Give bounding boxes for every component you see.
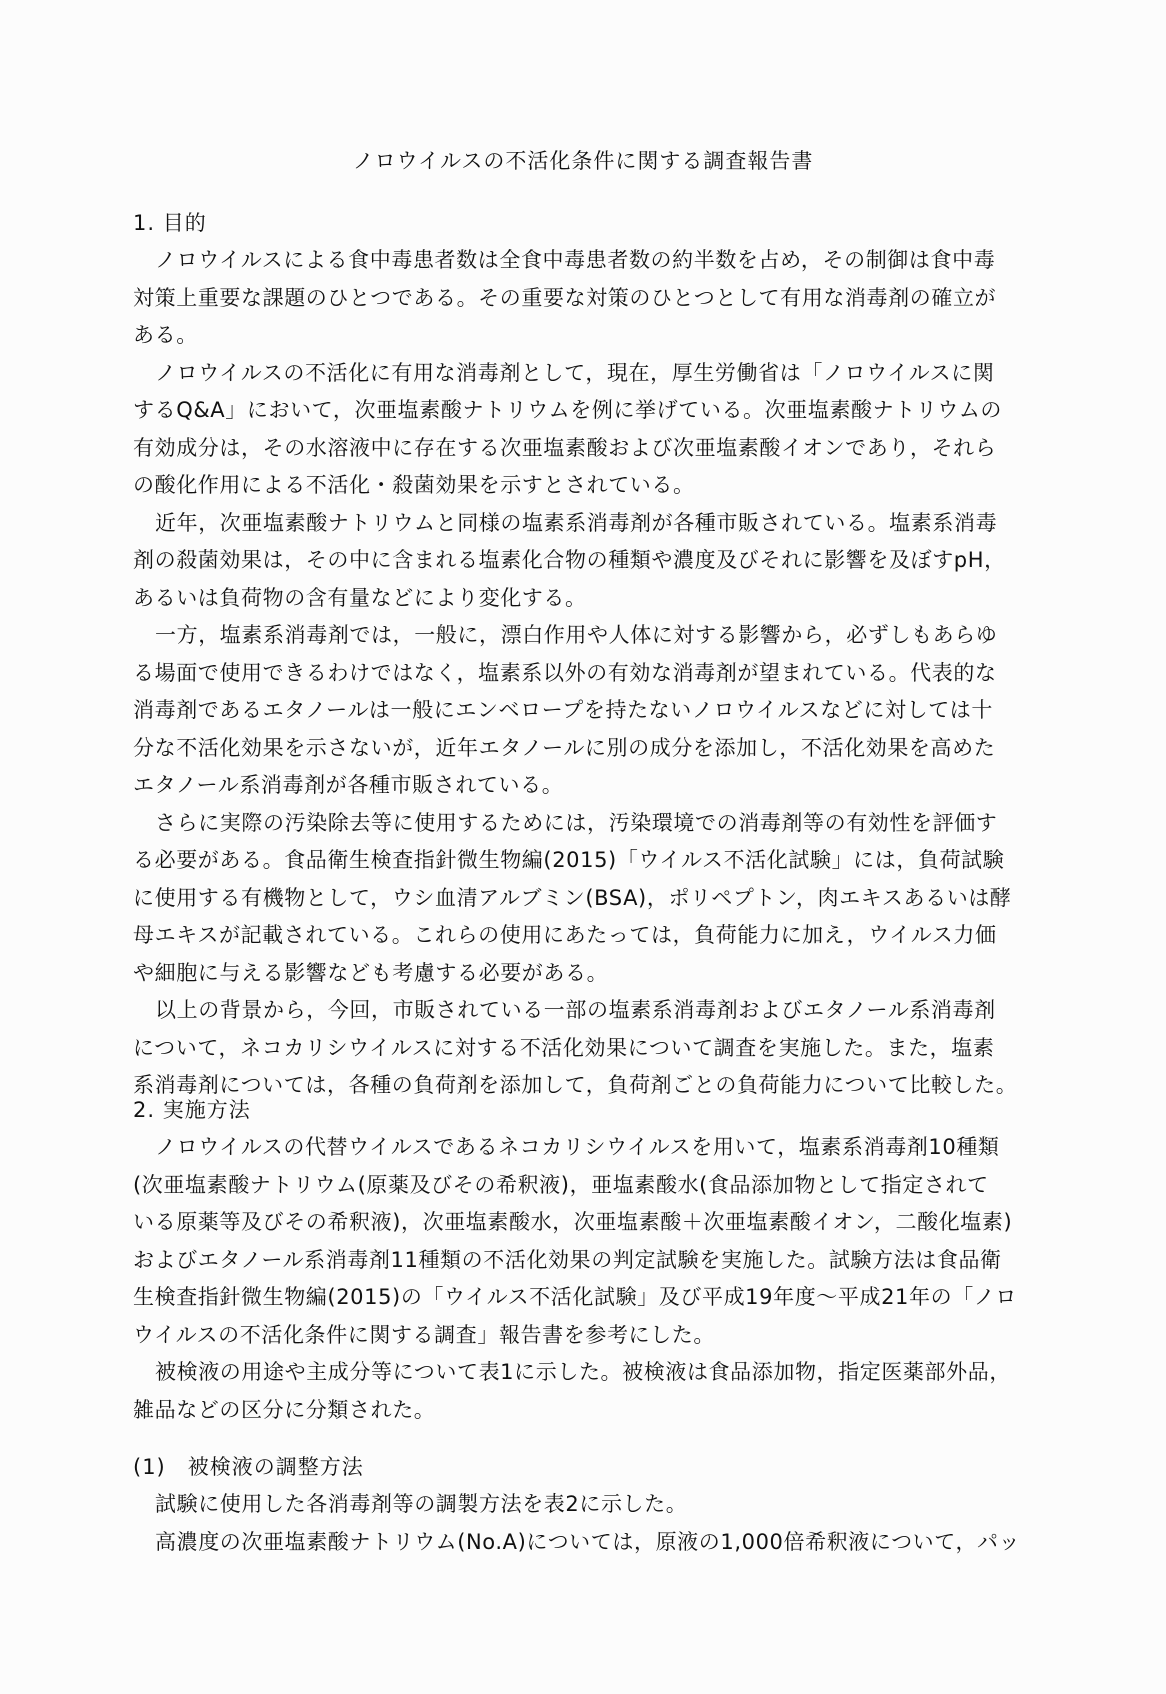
section-heading-purpose: 1. 目的 [133, 208, 1029, 238]
paragraph-line: ノロウイルスの代替ウイルスであるネコカリシウイルスを用いて，塩素系消毒剤10種類 [133, 1132, 1051, 1162]
paragraph-line: 以上の背景から，今回，市販されている一部の塩素系消毒剤およびエタノール系消毒剤 [133, 995, 1051, 1025]
subsection-heading-preparation: (1) 被検液の調整方法 [133, 1452, 1029, 1482]
paragraph-line: や細胞に与える影響なども考慮する必要がある。 [133, 958, 1029, 988]
paragraph-line: ある。 [133, 320, 1029, 350]
paragraph-line: 被検液の用途や主成分等について表1に示した。被検液は食品添加物，指定医薬部外品， [133, 1357, 1051, 1387]
paragraph-line: いる原薬等及びその希釈液)，次亜塩素酸水，次亜塩素酸＋次亜塩素酸イオン，二酸化塩… [133, 1207, 1029, 1237]
paragraph-line: 雑品などの区分に分類された。 [133, 1395, 1029, 1425]
paragraph-line: に使用する有機物として，ウシ血清アルブミン(BSA)，ポリペプトン，肉エキスある… [133, 883, 1029, 913]
paragraph-line: 剤の殺菌効果は，その中に含まれる塩素化合物の種類や濃度及びそれに影響を及ぼすpH… [133, 545, 1029, 575]
paragraph-line: 消毒剤であるエタノールは一般にエンベロープを持たないノロウイルスなどに対しては十 [133, 695, 1029, 725]
document-title: ノロウイルスの不活化条件に関する調査報告書 [0, 146, 1166, 176]
document-page: ノロウイルスの不活化条件に関する調査報告書 1. 目的 ノロウイルスによる食中毒… [0, 0, 1166, 1694]
paragraph-line: について，ネコカリシウイルスに対する不活化効果について調査を実施した。また，塩素 [133, 1033, 1029, 1063]
paragraph-line: エタノール系消毒剤が各種市販されている。 [133, 770, 1029, 800]
paragraph-line: (次亜塩素酸ナトリウム(原薬及びその希釈液)，亜塩素酸水(食品添加物として指定さ… [133, 1170, 1029, 1200]
paragraph-line: る場面で使用できるわけではなく，塩素系以外の有効な消毒剤が望まれている。代表的な [133, 658, 1029, 688]
paragraph-line: 近年，次亜塩素酸ナトリウムと同様の塩素系消毒剤が各種市販されている。塩素系消毒 [133, 508, 1051, 538]
paragraph-line: 生検査指針微生物編(2015)の「ウイルス不活化試験」及び平成19年度～平成21… [133, 1282, 1029, 1312]
paragraph-line: の酸化作用による不活化・殺菌効果を示すとされている。 [133, 470, 1029, 500]
paragraph-line: 対策上重要な課題のひとつである。その重要な対策のひとつとして有用な消毒剤の確立が [133, 283, 1029, 313]
paragraph-line: ノロウイルスによる食中毒患者数は全食中毒患者数の約半数を占め，その制御は食中毒 [133, 245, 1051, 275]
paragraph-line: 一方，塩素系消毒剤では，一般に，漂白作用や人体に対する影響から，必ずしもあらゆ [133, 620, 1051, 650]
paragraph-line: ノロウイルスの不活化に有用な消毒剤として，現在，厚生労働省は「ノロウイルスに関 [133, 358, 1051, 388]
paragraph-line: 試験に使用した各消毒剤等の調製方法を表2に示した。 [133, 1489, 1051, 1519]
paragraph-line: 高濃度の次亜塩素酸ナトリウム(No.A)については，原液の1,000倍希釈液につ… [133, 1527, 1051, 1557]
section-heading-method: 2. 実施方法 [133, 1095, 1029, 1125]
paragraph-line: ウイルスの不活化条件に関する調査」報告書を参考にした。 [133, 1320, 1029, 1350]
paragraph-line: 有効成分は，その水溶液中に存在する次亜塩素酸および次亜塩素酸イオンであり，それら [133, 433, 1029, 463]
paragraph-line: る必要がある。食品衛生検査指針微生物編(2015)「ウイルス不活化試験」には，負… [133, 845, 1029, 875]
paragraph-line: するQ&A」において，次亜塩素酸ナトリウムを例に挙げている。次亜塩素酸ナトリウム… [133, 395, 1029, 425]
paragraph-line: およびエタノール系消毒剤11種類の不活化効果の判定試験を実施した。試験方法は食品… [133, 1245, 1029, 1275]
paragraph-line: 分な不活化効果を示さないが，近年エタノールに別の成分を添加し，不活化効果を高めた [133, 733, 1029, 763]
paragraph-line: あるいは負荷物の含有量などにより変化する。 [133, 583, 1029, 613]
paragraph-line: さらに実際の汚染除去等に使用するためには，汚染環境での消毒剤等の有効性を評価す [133, 808, 1051, 838]
paragraph-line: 母エキスが記載されている。これらの使用にあたっては，負荷能力に加え，ウイルス力価 [133, 920, 1029, 950]
